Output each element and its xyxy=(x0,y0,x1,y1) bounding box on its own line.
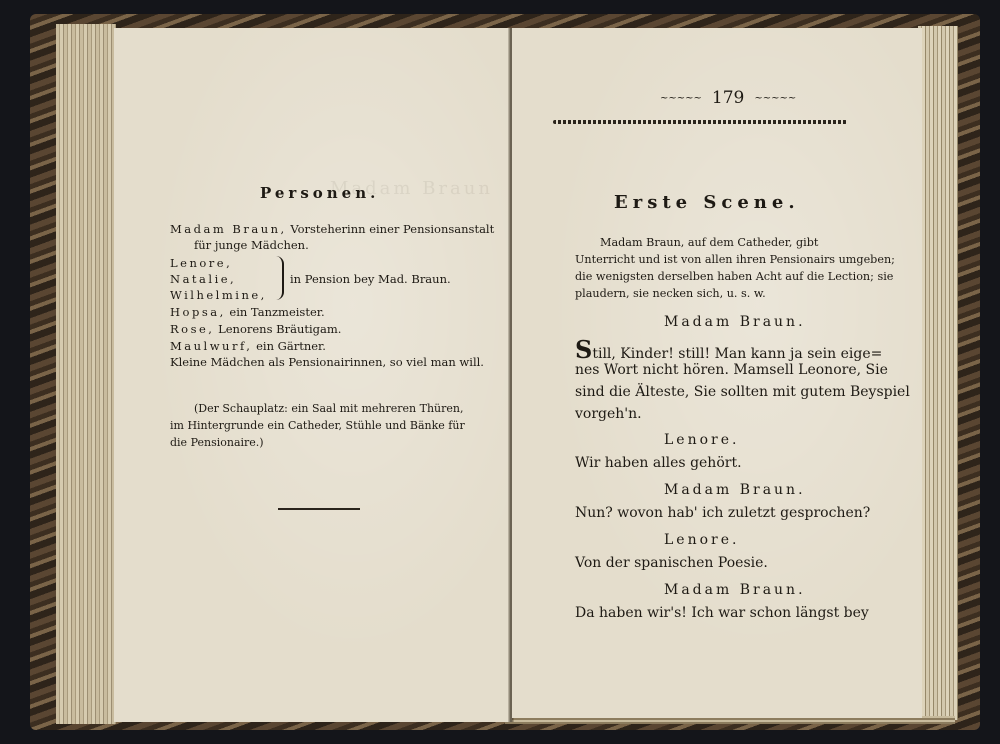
scene-title: Erste Scene. xyxy=(614,192,800,213)
cast-entry: Rose, Lenorens Bräutigam. xyxy=(170,322,341,336)
cast-entry: für junge Mädchen. xyxy=(194,238,309,252)
ornamental-rule xyxy=(553,120,847,124)
cast-entry: Madam Braun, Vorsteherinn einer Pensions… xyxy=(170,222,494,236)
stage-direction-line: plaudern, sie necken sich, u. s. w. xyxy=(575,287,766,300)
dialogue-line: sind die Älteste, Sie sollten mit gutem … xyxy=(575,384,910,400)
cast-list-title: Personen. xyxy=(260,184,379,202)
cast-name: Maulwurf, xyxy=(170,339,252,353)
book-photo: Madam Braun Personen. Madam Braun, Vorst… xyxy=(0,0,1000,744)
page-edges-left xyxy=(56,24,116,724)
dialogue-line: Da haben wir's! Ich war schon längst bey xyxy=(575,605,869,621)
brace-annotation: in Pension bey Mad. Braun. xyxy=(290,272,451,286)
page-edges-right xyxy=(918,26,958,720)
cast-desc: für junge Mädchen. xyxy=(194,238,309,252)
speaker-name: Lenore. xyxy=(664,432,739,448)
dialogue-line: Wir haben alles gehört. xyxy=(575,455,742,471)
drop-cap: S xyxy=(575,335,592,364)
cast-entry: Lenore, xyxy=(170,256,232,270)
page-number: 179 xyxy=(712,88,744,108)
cast-entry: Kleine Mädchen als Pensionairinnen, so v… xyxy=(170,355,484,369)
page-header: ~~~~~179~~~~~ xyxy=(650,88,806,108)
cast-name: Hopsa, xyxy=(170,305,226,319)
cast-desc: Vorsteherinn einer Pensionsanstalt xyxy=(290,222,494,236)
ornament-icon: ~~~~~ xyxy=(660,93,702,104)
curly-brace-icon xyxy=(274,256,284,300)
left-page xyxy=(114,28,512,722)
setting-line: (Der Schauplatz: ein Saal mit mehreren T… xyxy=(194,402,463,415)
section-divider xyxy=(278,508,360,510)
cast-name: Madam Braun, xyxy=(170,222,287,236)
ornament-icon: ~~~~~ xyxy=(754,93,796,104)
cast-entry: Wilhelmine, xyxy=(170,288,267,302)
setting-line: im Hintergrunde ein Catheder, Stühle und… xyxy=(170,419,465,432)
stage-direction-line: die wenigsten derselben haben Acht auf d… xyxy=(575,270,893,283)
cast-entry: Maulwurf, ein Gärtner. xyxy=(170,339,326,353)
dialogue-line: nes Wort nicht hören. Mamsell Leonore, S… xyxy=(575,362,888,378)
speaker-name: Madam Braun. xyxy=(664,582,806,598)
dialogue-line: vorgeh'n. xyxy=(575,406,642,422)
speaker-name: Madam Braun. xyxy=(664,482,806,498)
dialogue-line: Still, Kinder! still! Man kann ja sein e… xyxy=(575,338,882,362)
cast-desc: ein Gärtner. xyxy=(256,339,326,353)
setting-line: die Pensionaire.) xyxy=(170,436,264,449)
stage-direction-line: Madam Braun, auf dem Catheder, gibt xyxy=(600,236,818,249)
cast-name: Rose, xyxy=(170,322,214,336)
cast-entry: Hopsa, ein Tanzmeister. xyxy=(170,305,325,319)
speaker-name: Madam Braun. xyxy=(664,314,806,330)
speaker-name: Lenore. xyxy=(664,532,739,548)
cast-entry: Natalie, xyxy=(170,272,236,286)
cast-desc: ein Tanzmeister. xyxy=(229,305,324,319)
cast-desc: Lenorens Bräutigam. xyxy=(218,322,341,336)
stage-direction-line: Unterricht und ist von allen ihren Pensi… xyxy=(575,253,895,266)
dialogue-line: Nun? wovon hab' ich zuletzt gesprochen? xyxy=(575,505,870,521)
dialogue-line: Von der spanischen Poesie. xyxy=(575,555,768,571)
